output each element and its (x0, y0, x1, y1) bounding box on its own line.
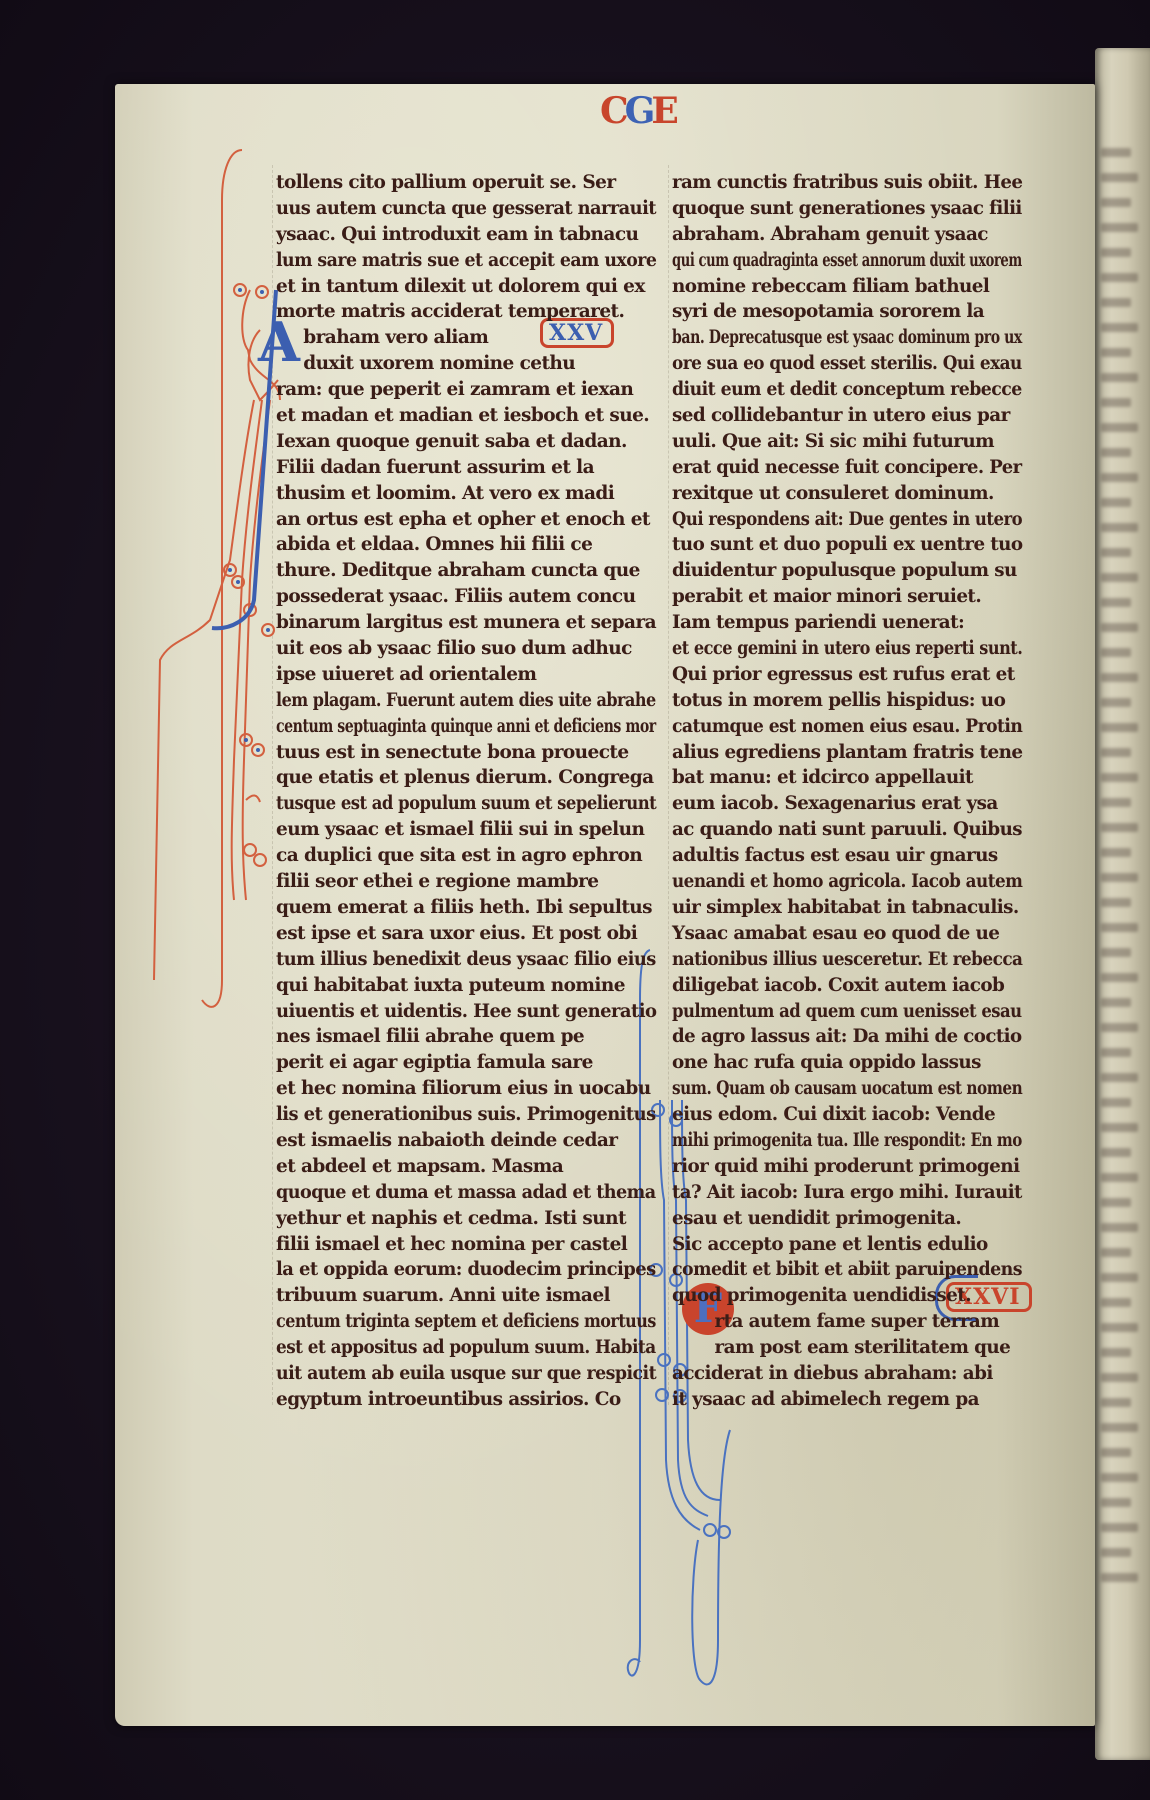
facing-leaf-text-ghost (1101, 1023, 1138, 1032)
facing-leaf-text-ghost (1101, 848, 1131, 857)
text-line: tribuum suarum. Anni uite ismael (276, 1283, 656, 1309)
text-line: et ecce gemini in utero eius reperti sun… (672, 636, 980, 662)
text-line: qui habitabat iuxta puteum nomine (276, 973, 656, 999)
text-line: totus in morem pellis hispidus: uo (672, 688, 1022, 714)
text-line: comedit et bibit et abiit paruipendens (672, 1257, 1004, 1283)
text-line: alius egrediens plantam fratris tene (672, 740, 1022, 766)
text-line: possederat ysaac. Filiis autem concu (276, 584, 656, 610)
text-line: diligebat iacob. Coxit autem iacob (672, 973, 1022, 999)
facing-leaf-text-ghost (1101, 1173, 1138, 1182)
facing-leaf-text-ghost (1101, 798, 1131, 807)
text-line: uit eos ab ysaac filio suo dum adhuc (276, 636, 656, 662)
text-line: filii seor ethei e regione mambre (276, 869, 656, 895)
text-line: erat quid necesse fuit concipere. Per (672, 455, 1014, 481)
text-line: yethur et naphis et cedma. Isti sunt (276, 1206, 656, 1232)
facing-leaf-edges (1095, 48, 1150, 1760)
facing-leaf-text-ghost (1101, 773, 1138, 782)
text-line: pulmentum ad quem cum uenisset esau (672, 999, 986, 1025)
text-line: tusque est ad populum suum et sepelierun… (276, 791, 614, 817)
text-line: lum sare matris sue et accepit eam uxore (276, 248, 632, 274)
text-line: et madan et madian et iesboch et sue. (276, 403, 656, 429)
text-line: Qui respondens ait: Due gentes in utero (672, 507, 986, 533)
facing-leaf-text-ghost (1101, 1048, 1131, 1057)
facing-leaf-text-ghost (1101, 1273, 1138, 1282)
facing-leaf-text-ghost (1101, 998, 1131, 1007)
text-line: ban. Deprecatusque est ysaac dominum pro… (672, 325, 940, 351)
text-line: ram: que peperit ei zamram et iexan (276, 377, 656, 403)
text-line: Iam tempus pariendi uenerat: (672, 610, 1022, 636)
text-line: nomine rebeccam filiam bathuel (672, 274, 1022, 300)
text-line: eum ysaac et ismael filii sui in spelun (276, 817, 656, 843)
text-line: catumque est nomen eius esau. Protin (672, 714, 999, 740)
facing-leaf-text-ghost (1101, 648, 1131, 657)
text-line: rta autem fame super terram (672, 1309, 1022, 1335)
text-line: ysaac. Qui introduxit eam in tabnacu (276, 222, 656, 248)
running-head-letter: C (600, 90, 625, 132)
facing-leaf-text-ghost (1101, 173, 1138, 182)
facing-leaf-text-ghost (1101, 1098, 1131, 1107)
facing-leaf-text-ghost (1101, 273, 1138, 282)
facing-leaf-text-ghost (1101, 248, 1131, 257)
text-line: abida et eldaa. Omnes hii filii ce (276, 532, 656, 558)
text-line: Iexan quoque genuit saba et dadan. (276, 429, 656, 455)
facing-leaf-text-ghost (1101, 398, 1131, 407)
text-line: qui cum quadraginta esset annorum duxit … (672, 248, 921, 274)
text-line: tuus est in senectute bona prouecte (276, 740, 656, 766)
facing-leaf-text-ghost (1101, 1323, 1138, 1332)
text-line: rexitque ut consuleret dominum. (672, 481, 1022, 507)
facing-leaf-text-ghost (1101, 1123, 1138, 1132)
facing-leaf-text-ghost (1101, 298, 1131, 307)
facing-leaf-text-ghost (1101, 548, 1131, 557)
text-line: ram post eam sterilitatem que (672, 1335, 1022, 1361)
text-line: uit autem ab euila usque sur que respici… (276, 1361, 633, 1387)
text-line: tum illius benedixit deus ysaac filio ei… (276, 947, 643, 973)
text-line: eum iacob. Sexagenarius erat ysa (672, 791, 1022, 817)
text-line: uiuentis et uidentis. Hee sunt generatio (276, 999, 645, 1025)
text-line: ipse uiueret ad orientalem (276, 662, 656, 688)
facing-leaf-text-ghost (1101, 1398, 1131, 1407)
text-line: adultis factus est esau uir gnarus (672, 843, 1022, 869)
text-line: centum septuaginta quinque anni et defic… (276, 714, 565, 740)
running-head: CGE (600, 90, 675, 132)
text-line: duxit uxorem nomine cethu (276, 351, 656, 377)
text-line: est ismaelis nabaioth deinde cedar (276, 1128, 656, 1154)
facing-leaf-text-ghost (1101, 1373, 1138, 1382)
text-line: abraham. Abraham genuit ysaac (672, 222, 1022, 248)
text-line: ore sua eo quod esset sterilis. Qui exau (672, 351, 994, 377)
facing-leaf-text-ghost (1101, 898, 1131, 907)
facing-leaf-text-ghost (1101, 1248, 1131, 1257)
facing-leaf-text-ghost (1101, 1573, 1138, 1582)
facing-leaf-text-ghost (1101, 423, 1138, 432)
text-line: ram cunctis fratribus suis obiit. Hee (672, 170, 1019, 196)
text-line: uuli. Que ait: Si sic mihi futurum (672, 429, 1022, 455)
facing-leaf-text-ghost (1101, 323, 1138, 332)
text-line: sed collidebantur in utero eius par (672, 403, 1022, 429)
text-line: Qui prior egressus est rufus erat et (672, 662, 1022, 688)
text-line: an ortus est epha et opher et enoch et (276, 507, 656, 533)
text-line: et abdeel et mapsam. Masma (276, 1154, 656, 1180)
facing-leaf-text-ghost (1101, 1223, 1138, 1232)
text-line: sum. Quam ob causam uocatum est nomen (672, 1076, 963, 1102)
facing-leaf-text-ghost (1101, 948, 1131, 957)
facing-leaf-text-ghost (1101, 748, 1131, 757)
facing-leaf-text-ghost (1101, 148, 1131, 157)
facing-leaf-text-ghost (1101, 1298, 1131, 1307)
text-line: one hac rufa quia oppido lassus (672, 1050, 1022, 1076)
text-line: centum triginta septem et deficiens mort… (276, 1309, 603, 1335)
text-line: lis et generationibus suis. Primogenitus (276, 1102, 644, 1128)
text-line: Ysaac amabat esau eo quod de ue (672, 921, 1022, 947)
text-line: et in tantum dilexit ut dolorem qui ex (276, 274, 656, 300)
text-line: quem emerat a filiis heth. Ibi sepultus (276, 895, 656, 921)
text-line: nationibus illius uesceretur. Et rebecca (672, 947, 993, 973)
facing-leaf-text-ghost (1101, 373, 1138, 382)
facing-leaf-text-ghost (1101, 1548, 1131, 1557)
text-line: et hec nomina filiorum eius in uocabu (276, 1076, 656, 1102)
facing-leaf-text-ghost (1101, 1148, 1131, 1157)
text-line: quod primogenita uendidisset. (672, 1283, 1022, 1309)
facing-leaf-text-ghost (1101, 198, 1131, 207)
column-ruling-right (668, 165, 669, 1405)
facing-leaf-text-ghost (1101, 1198, 1131, 1207)
text-line: nes ismael filii abrahe quem pe (276, 1024, 656, 1050)
facing-leaf-text-ghost (1101, 1473, 1138, 1482)
facing-leaf-text-ghost (1101, 698, 1131, 707)
facing-leaf-text-ghost (1101, 1498, 1131, 1507)
facing-leaf-text-ghost (1101, 448, 1131, 457)
facing-leaf-text-ghost (1101, 348, 1131, 357)
text-line: thure. Deditque abraham cuncta que (276, 558, 656, 584)
facing-leaf-text-ghost (1101, 723, 1138, 732)
text-line: thusim et loomim. At vero ex madi (276, 481, 656, 507)
text-line: Filii dadan fuerunt assurim et la (276, 455, 656, 481)
text-line: lem plagam. Fuerunt autem dies uite abra… (276, 688, 605, 714)
facing-leaf-text-ghost (1101, 673, 1138, 682)
facing-leaf-text-ghost (1101, 1423, 1138, 1432)
facing-leaf-text-ghost (1101, 498, 1131, 507)
text-line: ac quando nati sunt paruuli. Quibus (672, 817, 1020, 843)
running-head-letter: E (651, 90, 674, 132)
text-line: mihi primogenita tua. Ille respondit: En… (672, 1128, 960, 1154)
text-line: diuit eum et dedit conceptum rebecce (672, 377, 1002, 403)
text-column-right: ram cunctis fratribus suis obiit. Heequo… (672, 170, 1034, 1413)
text-line: tuo sunt et duo populi ex uentre tuo (672, 532, 1020, 558)
text-line: Sic accepto pane et lentis edulio (672, 1232, 1022, 1258)
facing-leaf-text-ghost (1101, 873, 1138, 882)
facing-leaf-text-ghost (1101, 1448, 1131, 1457)
text-line: que etatis et plenus dierum. Congrega (276, 765, 656, 791)
facing-leaf-text-ghost (1101, 1348, 1131, 1357)
text-line: quoque et duma et massa adad et thema (276, 1180, 637, 1206)
text-line: ca duplici que sita est in agro ephron (276, 843, 656, 869)
text-line: bat manu: et idcirco appellauit (672, 765, 1022, 791)
text-line: eius edom. Cui dixit iacob: Vende (672, 1102, 1022, 1128)
text-line: de agro lassus ait: Da mihi de coctio (672, 1024, 1018, 1050)
text-line: la et oppida eorum: duodecim principes (276, 1257, 645, 1283)
facing-leaf-text-ghost (1101, 223, 1138, 232)
text-line: morte matris acciderat temperaret. (276, 299, 656, 325)
text-line: acciderat in diebus abraham: abi (672, 1361, 1022, 1387)
text-line: filii ismael et hec nomina per castel (276, 1232, 656, 1258)
text-line: egyptum introeuntibus assirios. Co (276, 1387, 656, 1413)
text-column-left: tollens cito pallium operuit se. Seruus … (276, 170, 666, 1413)
facing-leaf-text-ghost (1101, 473, 1138, 482)
facing-leaf-text-ghost (1101, 1073, 1138, 1082)
facing-leaf-text-ghost (1101, 823, 1138, 832)
running-head-letter: G (625, 90, 652, 132)
facing-leaf-text-ghost (1101, 573, 1138, 582)
text-line: it ysaac ad abimelech regem pa (672, 1387, 1022, 1413)
text-line: perit ei agar egiptia famula sare (276, 1050, 656, 1076)
facing-leaf-text-ghost (1101, 1523, 1138, 1532)
text-line: braham vero aliam (276, 325, 656, 351)
facing-leaf-text-ghost (1101, 923, 1138, 932)
text-line: rior quid mihi proderunt primogeni (672, 1154, 1022, 1180)
text-line: esau et uendidit primogenita. (672, 1206, 1022, 1232)
text-line: est et appositus ad populum suum. Habita (276, 1335, 622, 1361)
text-line: ta? Ait iacob: Iura ergo mihi. Iurauit (672, 1180, 1017, 1206)
text-line: uir simplex habitabat in tabnaculis. (672, 895, 1022, 921)
facing-leaf-text-ghost (1101, 598, 1131, 607)
text-line: perabit et maior minori seruiet. (672, 584, 1022, 610)
text-line: uenandi et homo agricola. Iacob autem (672, 869, 992, 895)
facing-leaf-text-ghost (1101, 973, 1138, 982)
text-line: syri de mesopotamia sororem la (672, 299, 1022, 325)
text-line: diuidentur populusque populum su (672, 558, 1022, 584)
text-line: binarum largitus est munera et separa (276, 610, 656, 636)
facing-leaf-text-ghost (1101, 623, 1138, 632)
facing-leaf-text-ghost (1101, 523, 1138, 532)
text-line: est ipse et sara uxor eius. Et post obi (276, 921, 656, 947)
text-line: tollens cito pallium operuit se. Ser (276, 170, 656, 196)
text-line: uus autem cuncta que gesserat narrauit (276, 196, 642, 222)
text-line: quoque sunt generationes ysaac filii (672, 196, 1019, 222)
